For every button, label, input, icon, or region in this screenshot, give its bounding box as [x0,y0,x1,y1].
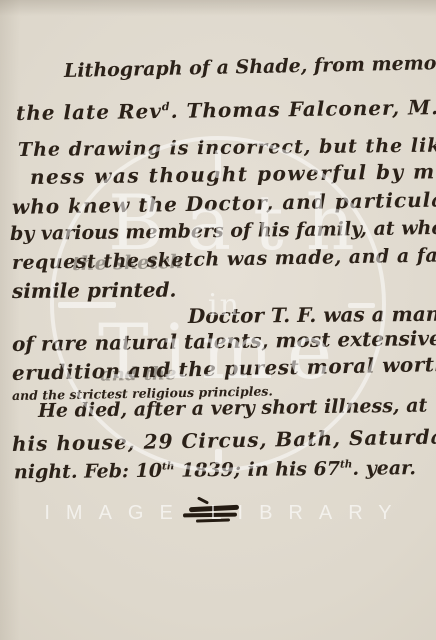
manuscript-line: night. Feb: 10th 1839; in his 67th. year… [14,458,416,484]
watermark-left-dash [58,302,116,308]
manuscript-line: his house, 29 Circus, Bath, Saturday [12,425,436,456]
manuscript-line: The drawing is incorrect, but the like- [18,135,436,162]
manuscript-line: request the sketch was made, and a fac - [12,245,436,275]
manuscript-line: He died, after a very short illness, at [38,396,428,423]
manuscript-line: who knew the Doctor, and particularly [12,188,436,219]
end-flourish-stroke [197,496,209,504]
manuscript-line: by various members of his family, at who… [10,218,436,246]
manuscript-line: Lithograph of a Shade, from memory, of [64,52,436,83]
manuscript-line: Doctor T. F. was a man [188,303,436,328]
end-flourish-stroke [189,505,239,513]
end-flourish-stroke [183,513,237,518]
manuscript-line: the late Revd. Thomas Falconer, M.D. [16,96,436,125]
manuscript-line: erudition and the purest moral worth. [12,353,436,385]
manuscript-line: simile printed. [12,279,177,303]
manuscript-line: of rare natural talents, most extensive [12,327,436,356]
manuscript-page-photo: the sketch and the Lithograph of a Shade… [0,0,436,640]
manuscript-line: ness was thought powerful by many [30,160,436,189]
end-flourish-stroke [196,518,230,522]
